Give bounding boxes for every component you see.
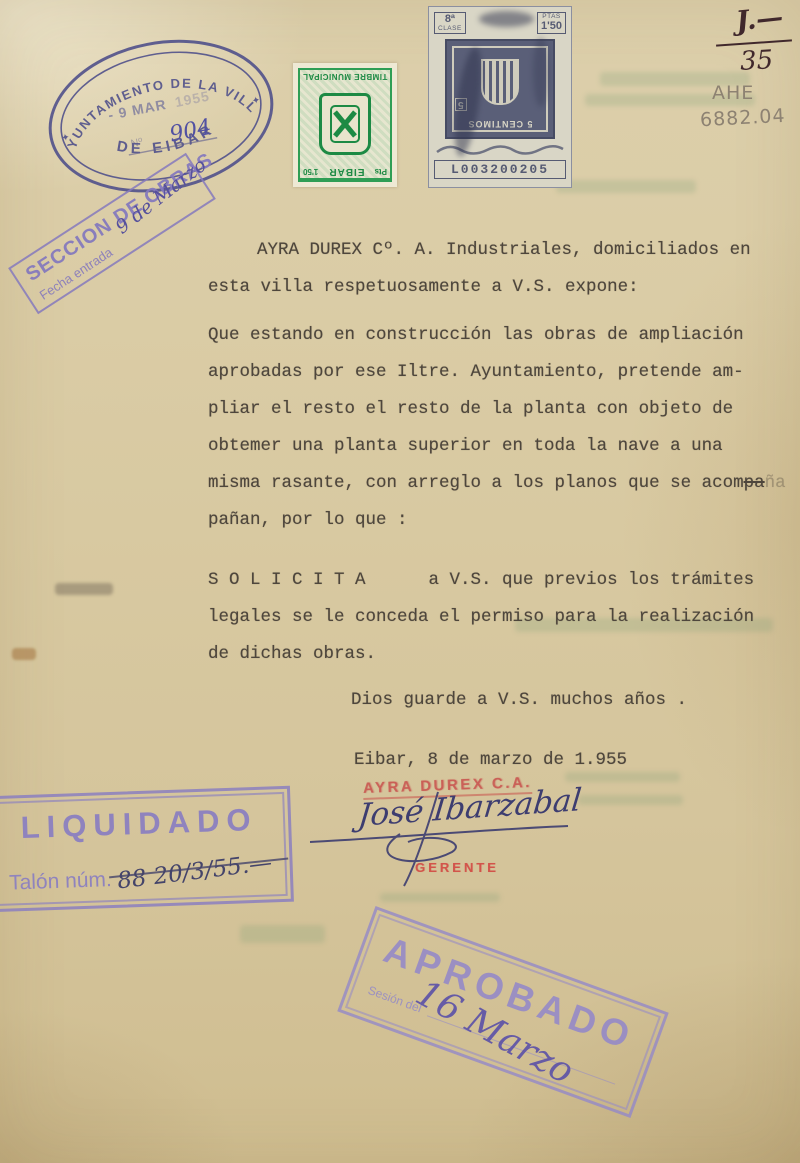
body-line: pliar el resto el resto de la planta con… [208, 399, 733, 419]
archivist-mark: J.— [735, 2, 785, 38]
municipal-stamp-currency: Pts [375, 167, 387, 176]
municipal-stamp-value: 1'50 [303, 167, 318, 176]
salutation-line: Dios guarde a V.S. muchos años . [351, 690, 687, 710]
scanned-document-page: AYUNTAMIENTO DE LA VILLA DE EIBAR - 9 MA… [0, 0, 800, 1163]
municipal-stamp-city: EIBAR [328, 166, 364, 177]
paper-stain [12, 648, 36, 660]
arch-window-icon [481, 59, 519, 105]
talon-number-handwriting: 88 20/3/55.— [116, 850, 274, 895]
cancellation-smear [479, 11, 534, 27]
body-line: Que estando en construcción las obras de… [208, 325, 744, 345]
margin-overflow-text: ña [765, 473, 786, 493]
dateline: Eibar, 8 de marzo de 1.955 [354, 750, 627, 770]
show-through-mark [556, 180, 696, 193]
fiscal-ptas-value: 1'50 [541, 21, 562, 33]
archive-code-prefix: AHE [712, 82, 754, 104]
folio-number: 35 [739, 45, 774, 77]
manager-title-stamp: GERENTE [415, 860, 499, 875]
struck-overtype: pa [744, 473, 765, 493]
talon-number-label: Talón núm. [9, 868, 113, 896]
body-line: misma rasante, con arreglo a los planos … [208, 473, 786, 493]
shield-cross-icon [319, 93, 371, 155]
fiscal-class-box: 8ª CLASE [434, 12, 466, 34]
archive-code-number: 6882.04 [699, 105, 786, 131]
body-line: aprobadas por ese Iltre. Ayuntamiento, p… [208, 362, 744, 382]
municipal-stamp-frame: TIMBRE MUNICIPAL Pts EIBAR 1'50 [298, 68, 392, 182]
body-line: AYRA DUREX Cº. A. Industriales, domicili… [257, 240, 751, 260]
fiscal-serial-number: L003200205 [434, 160, 566, 179]
body-line: S O L I C I T A a V.S. que previos los t… [208, 570, 754, 590]
fiscal-stamp: 8ª CLASE PTAS 1'50 5 CENTIMOS 5 L0032002… [428, 6, 572, 188]
fiscal-value-box: PTAS 1'50 [537, 12, 566, 34]
municipal-timbre-stamp: TIMBRE MUNICIPAL Pts EIBAR 1'50 [293, 63, 397, 187]
show-through-mark [240, 925, 325, 943]
body-line: legales se le conceda el permiso para la… [208, 607, 754, 627]
body-line: de dichas obras. [208, 644, 376, 664]
ornament-icon: ✦ [61, 132, 71, 144]
body-line: pañan, por lo que : [208, 510, 408, 530]
aprobado-stamp-border: APROBADO Sesión del [345, 914, 661, 1111]
fiscal-class-value: 8ª [438, 14, 462, 26]
cancellation-smear [533, 37, 549, 107]
liquidado-stamp: LIQUIDADO Talón núm. 88 20/3/55.— [0, 786, 294, 913]
body-line-text: misma rasante, con arreglo a los planos … [208, 473, 744, 493]
body-line: obtemer una planta superior en toda la n… [208, 436, 723, 456]
body-line: esta villa respetuosamente a V.S. expone… [208, 277, 639, 297]
fiscal-class-label: CLASE [438, 26, 462, 33]
ornament-icon: ✦ [251, 95, 261, 107]
liquidado-title: LIQUIDADO [0, 801, 284, 847]
registry-stamp-number-label: Nº [130, 136, 144, 150]
municipal-stamp-header: TIMBRE MUNICIPAL [300, 70, 390, 83]
pencil-smudge [55, 583, 113, 595]
liquidado-stamp-border: LIQUIDADO Talón núm. 88 20/3/55.— [0, 792, 288, 906]
aprobado-stamp: APROBADO Sesión del [337, 906, 668, 1118]
municipal-stamp-value-band: Pts EIBAR 1'50 [300, 165, 390, 180]
